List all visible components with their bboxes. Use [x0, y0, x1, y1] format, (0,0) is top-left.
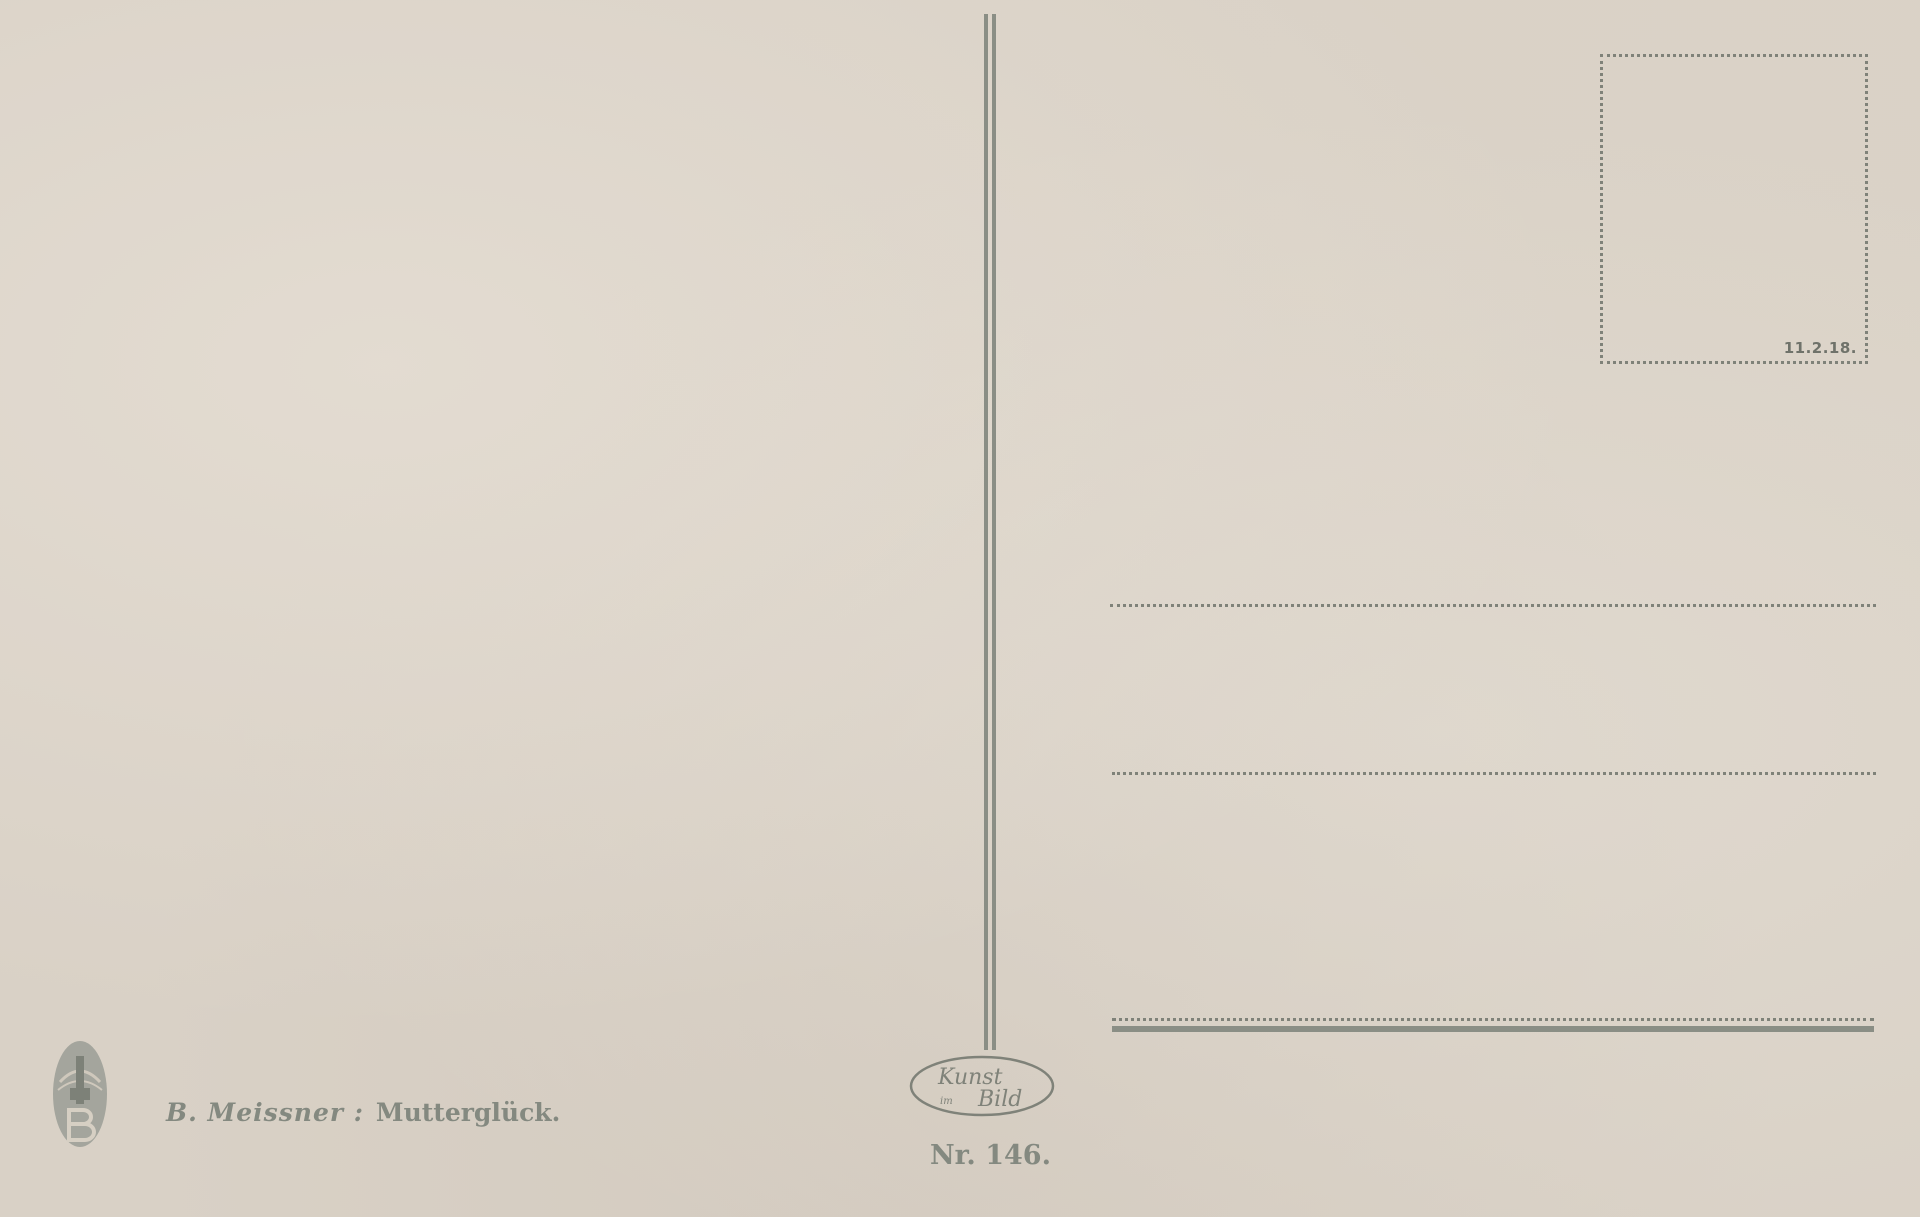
address-line-3	[1112, 1018, 1874, 1021]
svg-text:Bild: Bild	[977, 1087, 1022, 1112]
stamp-placeholder-box: 11.2.18.	[1600, 54, 1868, 364]
artist-name: B. Meissner :	[166, 1098, 364, 1127]
center-divider-line	[984, 14, 996, 1050]
stamp-box-code: 11.2.18.	[1784, 339, 1857, 357]
artwork-title: Mutterglück.	[376, 1098, 560, 1127]
card-caption: B. Meissner : Mutterglück.	[166, 1098, 560, 1127]
card-number: Nr. 146.	[930, 1140, 1051, 1171]
address-line-2	[1112, 772, 1876, 775]
kunst-im-bild-series-mark-icon: Kunst im Bild	[908, 1054, 1056, 1118]
svg-text:im: im	[940, 1096, 953, 1107]
address-underline-solid	[1112, 1026, 1874, 1032]
postcard-back: 11.2.18. B. Meissner : Mutterglück. Kuns…	[0, 0, 1920, 1217]
publisher-monogram-b-icon	[50, 1038, 110, 1150]
address-line-1	[1110, 604, 1876, 607]
